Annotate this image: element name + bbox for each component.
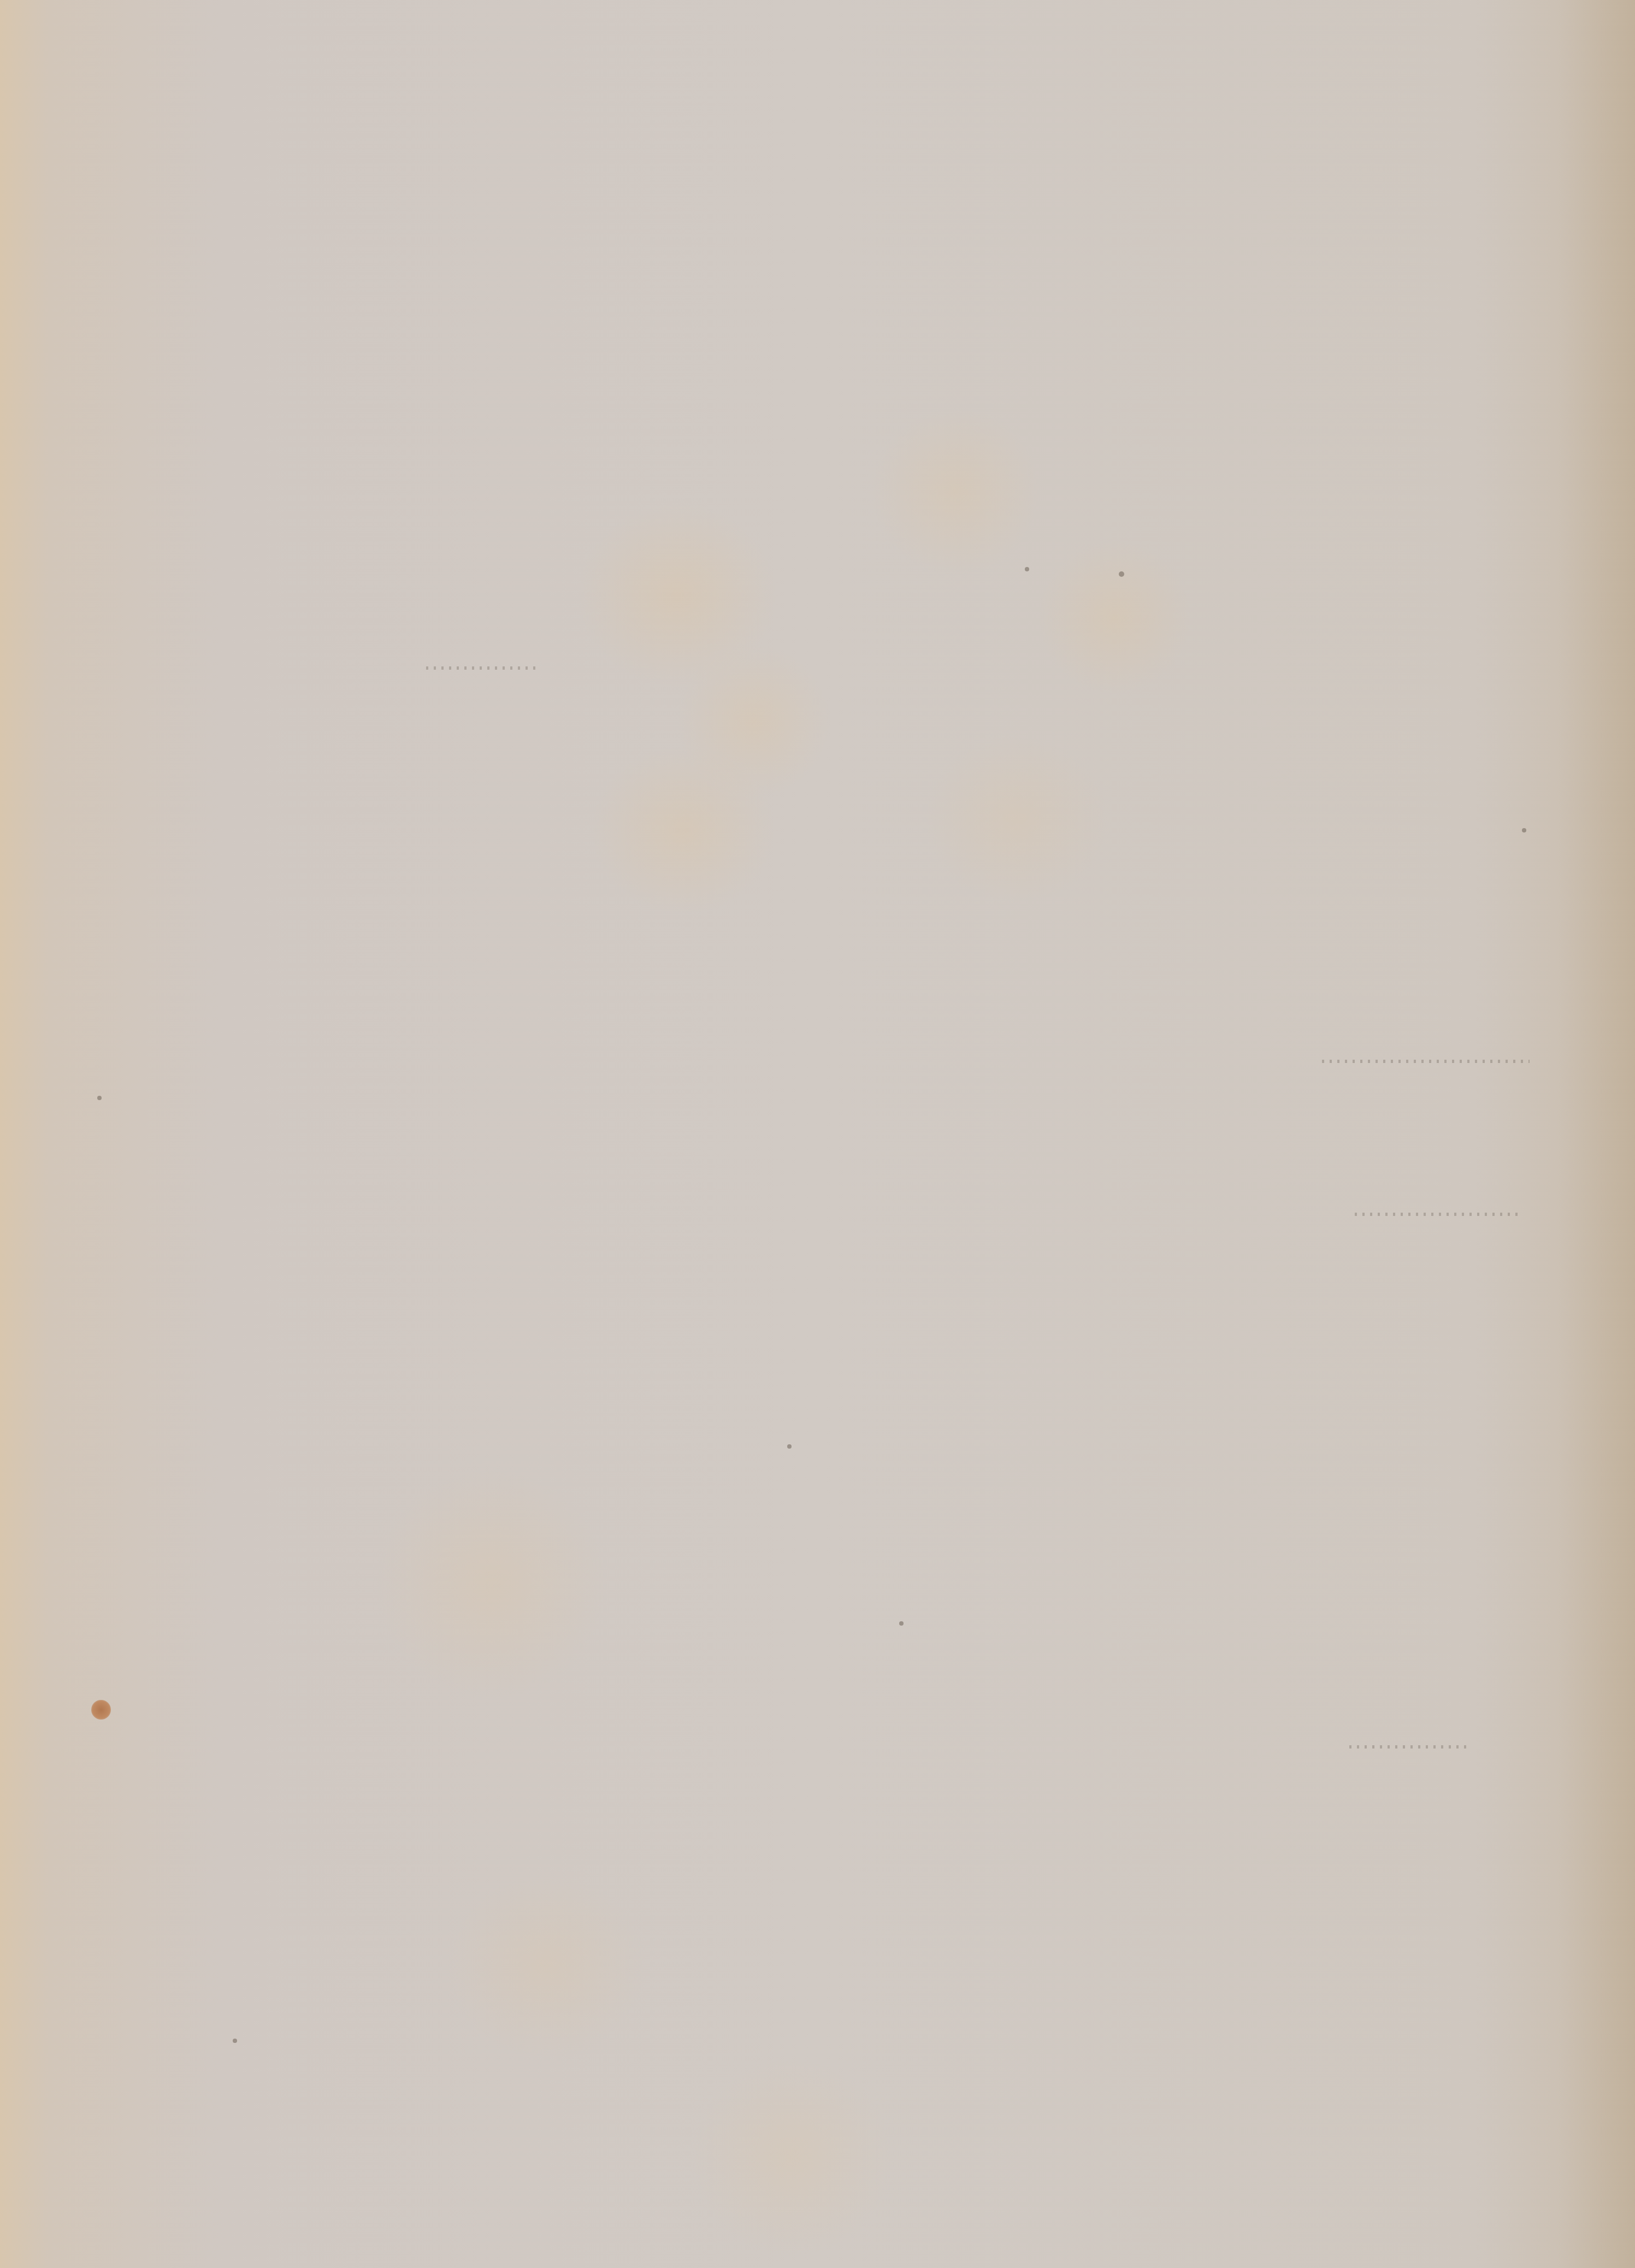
page-edge-shadow [1559,0,1635,2268]
speck [899,1621,904,1626]
speck [1522,828,1526,832]
speck [1119,571,1124,577]
blank-paper-page [0,0,1635,2268]
speck [233,2039,237,2043]
bleed-through-mark [1349,1745,1469,1749]
speck [97,1096,102,1100]
bleed-through-mark [1322,1060,1530,1063]
bleed-through-mark [1355,1213,1519,1216]
bleed-through-mark [426,666,535,670]
speck [787,1444,792,1449]
rust-spot [91,1700,111,1720]
speck [1025,567,1029,571]
